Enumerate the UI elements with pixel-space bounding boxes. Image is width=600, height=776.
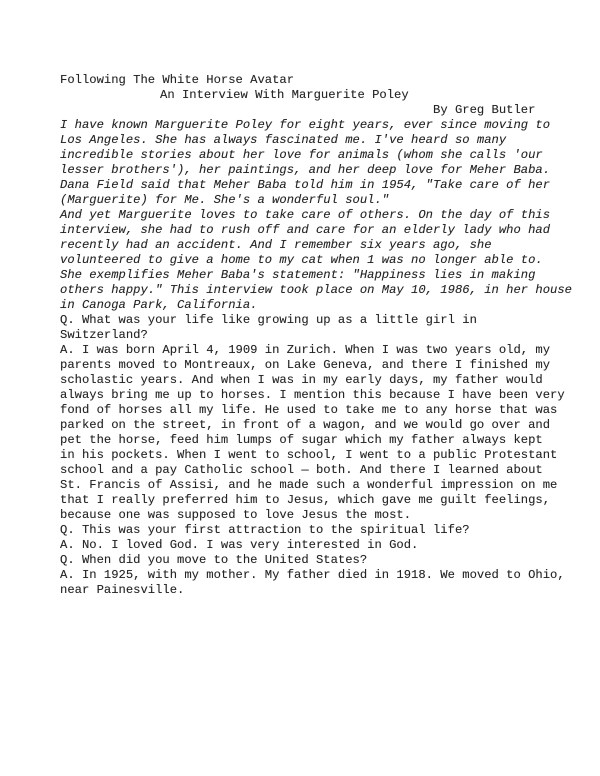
question-paragraph-1: Q. What was your life like growing up as… — [60, 313, 582, 343]
intro-paragraph-3: And yet Marguerite loves to take care of… — [60, 208, 582, 313]
document-subtitle: An Interview With Marguerite Poley — [60, 88, 582, 103]
document-page: Following The White Horse Avatar An Inte… — [0, 0, 600, 776]
answer-paragraph-1: A. I was born April 4, 1909 in Zurich. W… — [60, 343, 582, 523]
document-title: Following The White Horse Avatar — [60, 73, 582, 88]
question-paragraph-2: Q. This was your first attraction to the… — [60, 523, 582, 538]
document-content: Following The White Horse Avatar An Inte… — [60, 73, 582, 598]
answer-paragraph-3: A. In 1925, with my mother. My father di… — [60, 568, 582, 598]
question-paragraph-3: Q. When did you move to the United State… — [60, 553, 582, 568]
answer-paragraph-2: A. No. I loved God. I was very intereste… — [60, 538, 582, 553]
intro-paragraph-2: Dana Field said that Meher Baba told him… — [60, 178, 582, 208]
intro-paragraph-1: I have known Marguerite Poley for eight … — [60, 118, 582, 178]
document-byline: By Greg Butler — [60, 103, 582, 118]
